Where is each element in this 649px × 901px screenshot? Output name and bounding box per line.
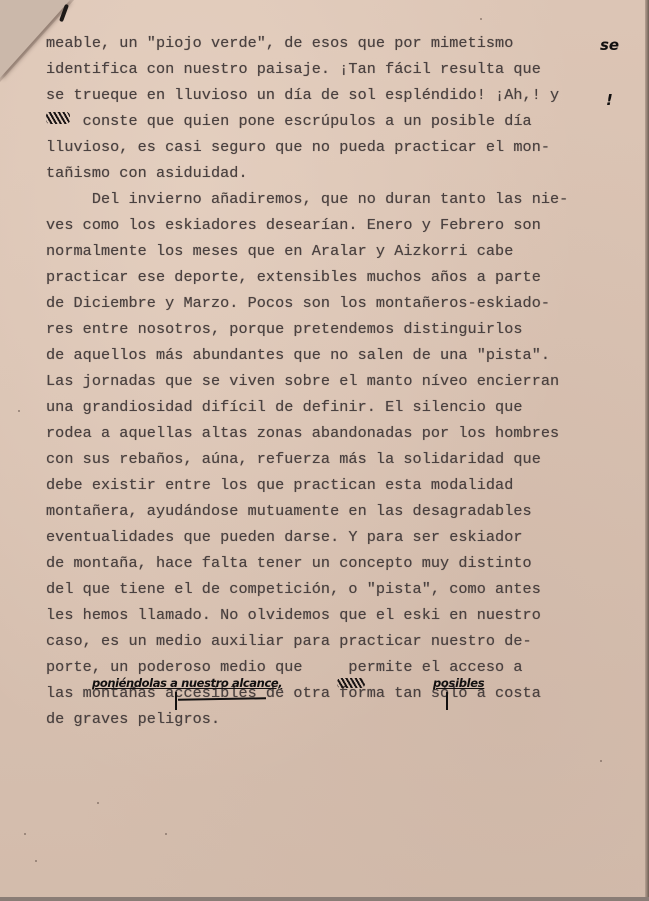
paper-speck bbox=[600, 760, 602, 762]
text-line: practicar ese deporte, extensibles mucho… bbox=[46, 264, 646, 290]
paper-speck bbox=[18, 410, 20, 412]
page-edge bbox=[645, 0, 649, 901]
text-line: identifica con nuestro paisaje. ¡Tan fác… bbox=[46, 56, 646, 82]
text-line: con sus rebaños, aúna, refuerza más la s… bbox=[46, 446, 646, 472]
text-line: de Diciembre y Marzo. Pocos son los mont… bbox=[46, 290, 646, 316]
text-line: se trueque en lluvioso un día de sol esp… bbox=[46, 82, 646, 108]
text-line: de graves peligros. bbox=[46, 706, 646, 732]
text-line: tañismo con asiduidad. bbox=[46, 160, 646, 186]
text-line: ves como los eskiadores desearían. Enero… bbox=[46, 212, 646, 238]
paper-speck bbox=[480, 18, 482, 20]
typewritten-page: meable, un "piojo verde", de esos que po… bbox=[0, 0, 645, 897]
text-line: lluvioso, es casi seguro que no pueda pr… bbox=[46, 134, 646, 160]
insertion-caret bbox=[446, 692, 448, 710]
text-line: conste que quien pone escrúpulos a un po… bbox=[46, 108, 646, 134]
handwritten-insertion: poniéndolas a nuestro alcance, bbox=[92, 676, 282, 690]
text-line: una grandiosidad difícil de definir. El … bbox=[46, 394, 646, 420]
handwritten-insertion: posibles bbox=[433, 676, 484, 690]
handwritten-exclamation: ! bbox=[606, 91, 613, 109]
text-line: de aquellos más abundantes que no salen … bbox=[46, 342, 646, 368]
text-line: montañera, ayudándose mutuamente en las … bbox=[46, 498, 646, 524]
handwritten-se: se bbox=[600, 36, 619, 54]
text-line: normalmente los meses que en Aralar y Ai… bbox=[46, 238, 646, 264]
insertion-caret bbox=[175, 692, 177, 710]
text-line: Del invierno añadiremos, que no duran ta… bbox=[46, 186, 646, 212]
text-line: de montaña, hace falta tener un concepto… bbox=[46, 550, 646, 576]
paper-speck bbox=[35, 860, 37, 862]
text-line: rodea a aquellas altas zonas abandonadas… bbox=[46, 420, 646, 446]
text-line: res entre nosotros, porque pretendemos d… bbox=[46, 316, 646, 342]
scribbled-out-word bbox=[337, 678, 365, 688]
page-edge bbox=[0, 897, 649, 901]
text-line: caso, es un medio auxiliar para practica… bbox=[46, 628, 646, 654]
paper-speck bbox=[97, 802, 99, 804]
text-line: les hemos llamado. No olvidemos que el e… bbox=[46, 602, 646, 628]
document-body: meable, un "piojo verde", de esos que po… bbox=[46, 30, 646, 732]
paper-speck bbox=[24, 833, 26, 835]
text-line: meable, un "piojo verde", de esos que po… bbox=[46, 30, 646, 56]
text-line: debe existir entre los que practican est… bbox=[46, 472, 646, 498]
text-line: Las jornadas que se viven sobre el manto… bbox=[46, 368, 646, 394]
text-line: eventualidades que pueden darse. Y para … bbox=[46, 524, 646, 550]
paper-speck bbox=[165, 833, 167, 835]
scribbled-out-word bbox=[46, 112, 70, 124]
text-line: del que tiene el de competición, o "pist… bbox=[46, 576, 646, 602]
